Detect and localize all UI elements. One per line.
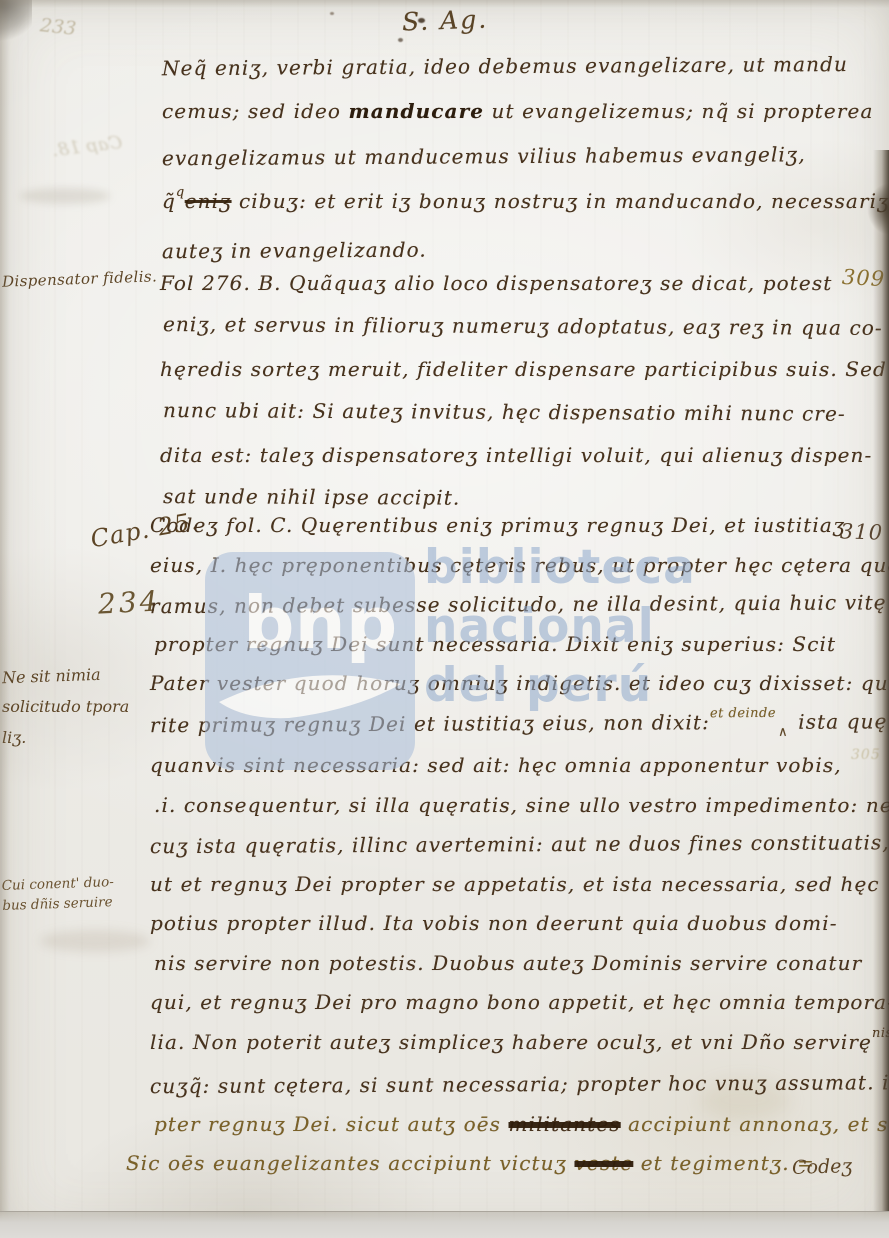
text-line: lia. Non poterit auteʒ simpliceʒ habere … (150, 1023, 889, 1066)
catchword: Codeʒ (792, 1155, 853, 1179)
margin-note-duobus-dominis: Cui conent' duo- bus dñis seruire (1, 872, 114, 916)
text-line: qui, et regnuʒ Dei pro magno bono appeti… (150, 983, 889, 1023)
text-line: Neq̃ eniʒ, verbi gratia, ideo debemus ev… (162, 42, 889, 91)
running-header-s-ag: S. Ag. (402, 5, 489, 37)
text-segment: ista quęrite, (791, 709, 889, 734)
text-segment: Sic oēs euangelizantes accipiunt victuʒ (126, 1151, 574, 1175)
text-segment: q̃ (162, 189, 176, 213)
text-line: nis servire non potestis. Duobus auteʒ D… (154, 944, 889, 984)
text-line: .i. consequentur, si illa quęratis, sine… (154, 786, 889, 826)
body-paragraph-1: Neq̃ eniʒ, verbi gratia, ideo debemus ev… (162, 44, 889, 272)
body-paragraph-3: Codeʒ fol. C. Quęrentibus eniʒ primuʒ re… (150, 506, 889, 1184)
text-line: eniʒ, et servus in filioruʒ numeruʒ adop… (163, 303, 889, 350)
text-line: cemus; sed ideo manducare ut evangelizem… (162, 89, 889, 134)
text-line: nunc ubi ait: Si auteʒ invitus, hęc disp… (163, 389, 889, 436)
interlinear-insertion: q (176, 185, 185, 200)
scan-corner-shadow (0, 0, 32, 42)
text-line: cuʒ ista quęratis, illinc avertemini: au… (150, 823, 889, 867)
text-line: q̃qeniʒ cibuʒ: et erit iʒ bonuʒ nostruʒ … (162, 179, 889, 227)
overwritten-word: manducare (349, 99, 485, 123)
interlinear-insertion: nisi (872, 1026, 889, 1041)
text-line: evangelizamus ut manducemus vilius habem… (162, 132, 889, 181)
margin-note-dispensator: Dispensator fidelis. (2, 267, 158, 290)
scan-backdrop-bottom (0, 1211, 889, 1238)
margin-note-line: Ne sit nimia (1, 658, 129, 693)
ghost-folio-number: 233 (39, 14, 77, 40)
text-line: Sic oēs euangelizantes accipiunt victuʒ … (126, 1144, 889, 1184)
ink-smudge (330, 12, 334, 15)
text-segment: rite primuʒ regnuʒ Dei et iustitiaʒ eius… (150, 710, 710, 737)
text-line: dita est: taleʒ dispensatoreʒ intelligi … (160, 434, 887, 477)
text-segment: ut evangelizemus; nq̃ si propterea (484, 99, 873, 123)
text-line: hęredis sorteʒ meruit, fideliter dispens… (160, 348, 887, 391)
margin-note-line: solicitudo tpora (2, 691, 129, 722)
text-segment: et tegimentʒ. = (633, 1151, 815, 1175)
insertion-caret-icon: ∧ (778, 724, 789, 739)
margin-note-line: liʒ. (2, 722, 129, 753)
text-segment: pter regnuʒ Dei. sicut autʒ oēs (154, 1112, 509, 1136)
scan-edge-shadow-left (0, 0, 10, 1212)
margin-note-line: bus dñis seruire (2, 892, 115, 916)
margin-note-ne-sit: Ne sit nimia solicitudo tpora liʒ. (2, 660, 129, 753)
text-segment: lia. Non poterit auteʒ simpliceʒ habere … (150, 1030, 872, 1054)
text-line: Codeʒ fol. C. Quęrentibus eniʒ primuʒ re… (150, 506, 889, 546)
ghost-verso-chapter: Cap 18. (51, 132, 123, 161)
text-line: propter regnuʒ Dei sunt necessaria. Dixi… (154, 625, 889, 665)
strikethrough-text: militantes (509, 1112, 621, 1136)
text-line: cuʒq̃: sunt cętera, si sunt necessaria; … (150, 1063, 889, 1107)
manuscript-page: 233 Cap 18. S. Ag. Neq̃ eniʒ, verbi grat… (0, 0, 889, 1238)
manuscript-scan: 233 Cap 18. S. Ag. Neq̃ eniʒ, verbi grat… (0, 0, 889, 1238)
text-segment: cemus; sed ideo (162, 99, 349, 123)
text-line: ramus, non debet subesse solicitudo, ne … (150, 583, 889, 627)
text-line: ut et regnuʒ Dei propter se appetatis, e… (150, 865, 889, 905)
bleed-through-smudge (20, 188, 110, 204)
text-line: pter regnuʒ Dei. sicut autʒ oēs militant… (154, 1105, 889, 1145)
text-segment: cibuʒ: et erit iʒ bonuʒ nostruʒ in mandu… (232, 189, 889, 213)
strikethrough-text: veste (574, 1151, 633, 1175)
text-line: Fol 276. B. Quãquaʒ alio loco dispensato… (160, 262, 887, 305)
text-segment: accipiunt annonaʒ, et stipendiʒ; (621, 1112, 889, 1136)
text-line: Pater vester quod horuʒ omniuʒ indigetis… (150, 664, 889, 704)
interlinear-insertion: et deinde (710, 705, 776, 720)
text-line: rite primuʒ regnuʒ Dei et iustitiaʒ eius… (150, 701, 889, 748)
ink-smudge (398, 38, 403, 42)
text-line: quanvis sint necessaria: sed ait: hęc om… (150, 746, 889, 786)
body-paragraph-2: Fol 276. B. Quãquaʒ alio loco dispensato… (160, 262, 887, 520)
text-line: potius propter illud. Ita vobis non deer… (150, 904, 889, 944)
strikethrough-text: eniʒ (185, 189, 232, 213)
bleed-through-smudge (40, 930, 150, 952)
text-line: eius, I. hęc pręponentibus cęteris rebus… (150, 546, 889, 586)
